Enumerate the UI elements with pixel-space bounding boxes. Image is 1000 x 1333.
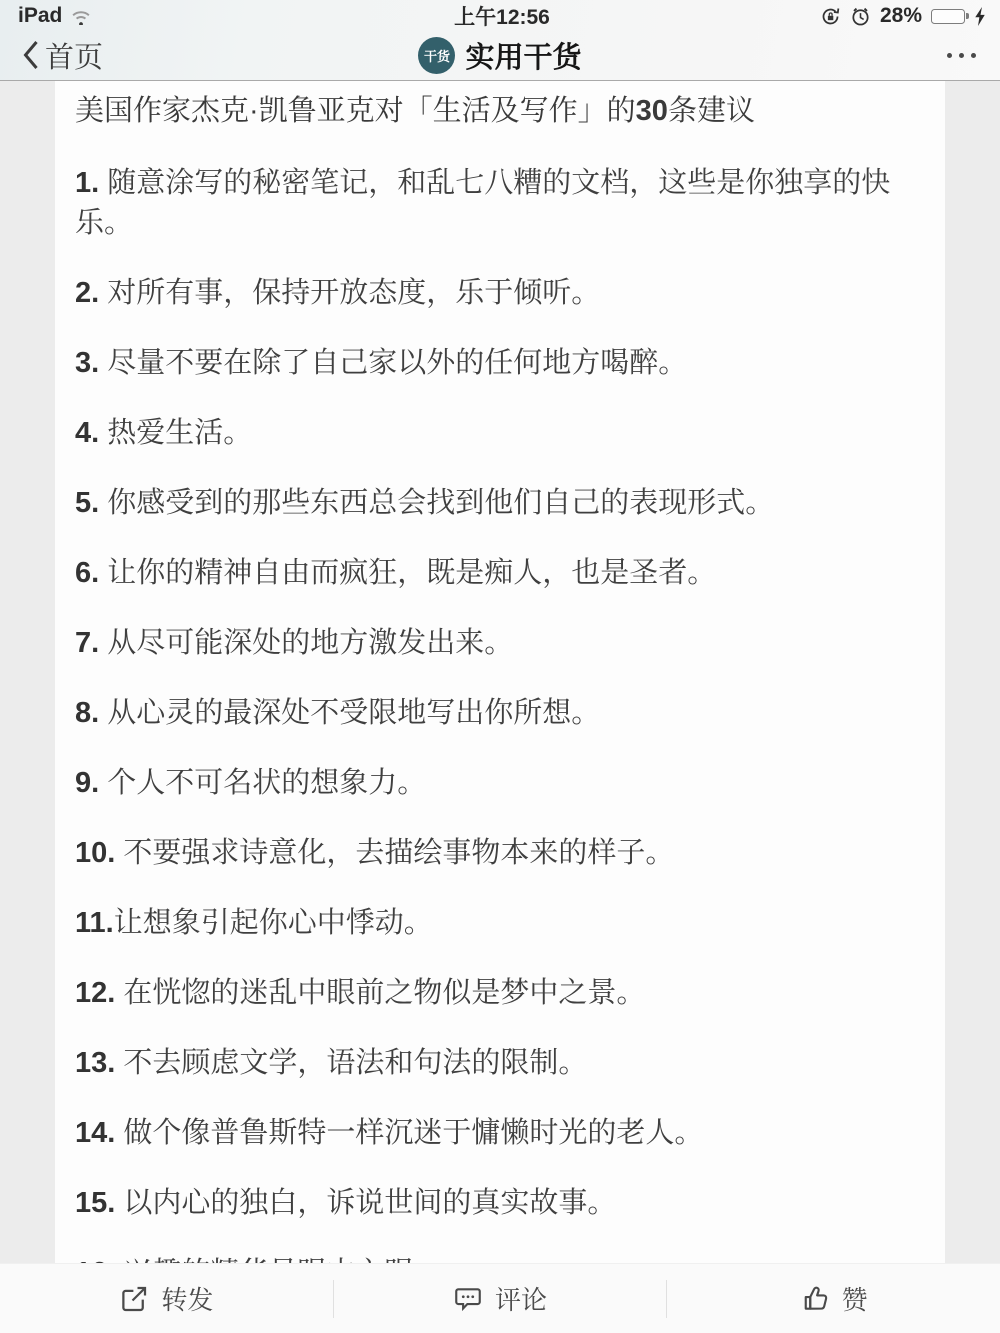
rotation-lock-icon — [820, 6, 841, 27]
item-text: 让你的精神自由而疯狂，既是痴人，也是圣者。 — [99, 557, 716, 589]
list-item: 3. 尽量不要在除了自己家以外的任何地方喝醉。 — [75, 343, 925, 383]
like-icon — [800, 1284, 830, 1314]
list-item: 8. 从心灵的最深处不受限地写出你所想。 — [75, 693, 925, 733]
forward-button[interactable]: 转发 — [0, 1264, 333, 1333]
list-item: 7. 从尽可能深处的地方激发出来。 — [75, 623, 925, 663]
item-text: 对所有事，保持开放态度，乐于倾听。 — [99, 277, 600, 309]
item-number: 10. — [75, 837, 115, 869]
status-bar: iPad 上午12:56 28% — [0, 0, 1000, 30]
item-number: 15. — [75, 1187, 115, 1219]
item-number: 12. — [75, 977, 115, 1009]
list-item: 16. 兴趣的精华是眼中之眼。 — [75, 1253, 925, 1263]
list-item: 10. 不要强求诗意化，去描绘事物本来的样子。 — [75, 833, 925, 873]
header: iPad 上午12:56 28% — [0, 0, 1000, 81]
clock-label: 上午12:56 — [318, 1, 686, 31]
list-item: 15. 以内心的独白，诉说世间的真实故事。 — [75, 1183, 925, 1223]
item-text: 从尽可能深处的地方激发出来。 — [99, 627, 513, 659]
item-text: 不要强求诗意化，去描绘事物本来的样子。 — [115, 837, 674, 869]
item-text: 在恍惚的迷乱中眼前之物似是梦中之景。 — [115, 977, 645, 1009]
battery-icon — [931, 9, 965, 24]
list-item: 5. 你感受到的那些东西总会找到他们自己的表现形式。 — [75, 483, 925, 523]
list-item: 13. 不去顾虑文学，语法和句法的限制。 — [75, 1043, 925, 1083]
battery-percent-label: 28% — [880, 4, 922, 28]
list-item: 1. 随意涂写的秘密笔记，和乱七八糟的文档，这些是你独享的快乐。 — [75, 163, 925, 243]
list-item: 12. 在恍惚的迷乱中眼前之物似是梦中之景。 — [75, 973, 925, 1013]
list-item: 2. 对所有事，保持开放态度，乐于倾听。 — [75, 273, 925, 313]
item-text: 从心灵的最深处不受限地写出你所想。 — [99, 697, 600, 729]
comment-label: 评论 — [495, 1280, 547, 1317]
item-number: 6. — [75, 557, 99, 589]
avatar: 干货 — [418, 37, 455, 74]
bottom-toolbar: 转发 评论 赞 — [0, 1263, 1000, 1333]
item-number: 2. — [75, 277, 99, 309]
item-text: 尽量不要在除了自己家以外的任何地方喝醉。 — [99, 347, 687, 379]
item-number: 3. — [75, 347, 99, 379]
back-chevron-icon — [22, 39, 39, 71]
item-text: 做个像普鲁斯特一样沉迷于慵懒时光的老人。 — [115, 1117, 703, 1149]
item-number: 7. — [75, 627, 99, 659]
wifi-icon — [70, 8, 92, 25]
item-text: 让想象引起你心中悸动。 — [114, 907, 433, 939]
item-text: 以内心的独白，诉说世间的真实故事。 — [115, 1187, 616, 1219]
item-text: 随意涂写的秘密笔记，和乱七八糟的文档，这些是你独享的快乐。 — [75, 167, 890, 239]
item-number: 1. — [75, 167, 99, 199]
alarm-icon — [850, 6, 871, 27]
forward-label: 转发 — [161, 1280, 213, 1317]
like-label: 赞 — [842, 1280, 868, 1317]
nav-bar: 首页 干货 实用干货 — [0, 30, 1000, 80]
more-icon — [947, 53, 952, 58]
page-title: 实用干货 — [465, 35, 581, 76]
like-button[interactable]: 赞 — [667, 1264, 1000, 1333]
article-page: 美国作家杰克·凯鲁亚克对「生活及写作」的30条建议 1. 随意涂写的秘密笔记，和… — [55, 81, 945, 1263]
comment-button[interactable]: 评论 — [334, 1264, 667, 1333]
forward-icon — [119, 1284, 149, 1314]
item-text: 不去顾虑文学，语法和句法的限制。 — [115, 1047, 587, 1079]
item-text: 个人不可名状的想象力。 — [99, 767, 426, 799]
article-title: 美国作家杰克·凯鲁亚克对「生活及写作」的30条建议 — [75, 91, 925, 131]
item-number: 11. — [75, 907, 114, 939]
list-item: 9. 个人不可名状的想象力。 — [75, 763, 925, 803]
item-text: 热爱生活。 — [99, 417, 252, 449]
item-number: 5. — [75, 487, 99, 519]
item-text: 你感受到的那些东西总会找到他们自己的表现形式。 — [99, 487, 774, 519]
list-item: 14. 做个像普鲁斯特一样沉迷于慵懒时光的老人。 — [75, 1113, 925, 1153]
item-number: 14. — [75, 1117, 115, 1149]
item-number: 4. — [75, 417, 99, 449]
article-item-list: 1. 随意涂写的秘密笔记，和乱七八糟的文档，这些是你独享的快乐。 2. 对所有事… — [75, 163, 925, 1263]
back-label: 首页 — [45, 35, 103, 76]
list-item: 4. 热爱生活。 — [75, 413, 925, 453]
item-number: 8. — [75, 697, 99, 729]
back-button[interactable]: 首页 — [22, 35, 282, 76]
charging-bolt-icon — [974, 7, 986, 26]
list-item: 6. 让你的精神自由而疯狂，既是痴人，也是圣者。 — [75, 553, 925, 593]
list-item: 11.让想象引起你心中悸动。 — [75, 903, 925, 943]
item-number: 13. — [75, 1047, 115, 1079]
item-number: 9. — [75, 767, 99, 799]
comment-icon — [453, 1284, 483, 1314]
more-menu-button[interactable] — [945, 43, 978, 68]
device-label: iPad — [18, 4, 62, 28]
